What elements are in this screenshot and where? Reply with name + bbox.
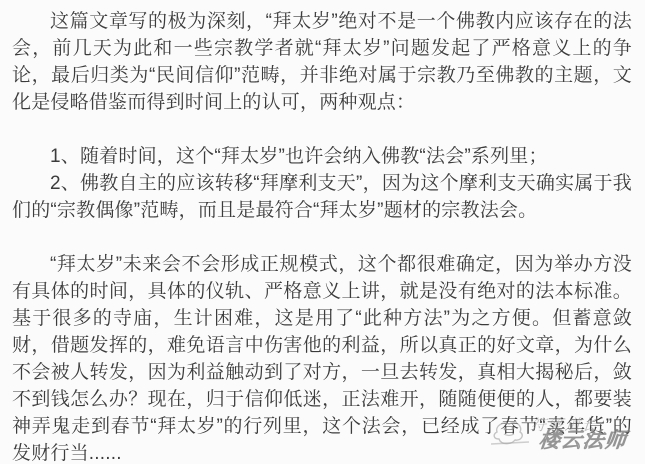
article-page: 这篇文章写的极为深刻，“拜太岁”绝对不是一个佛教内应该存在的法会，前几天为此和一…	[0, 0, 645, 464]
paragraph-intro: 这篇文章写的极为深刻，“拜太岁”绝对不是一个佛教内应该存在的法会，前几天为此和一…	[12, 8, 632, 116]
list-item-2: 2、佛教自主的应该转移“拜摩利支天”，因为这个摩利支天确实属于我们的“宗教偶像”…	[12, 170, 632, 224]
paragraph-conclusion: “拜太岁”未来会不会形成正规模式，这个都很难确定，因为举办方没有具体的时间，具体…	[12, 251, 632, 464]
list-item-1: 1、随着时间，这个“拜太岁”也许会纳入佛教“法会”系列里；	[12, 143, 632, 170]
